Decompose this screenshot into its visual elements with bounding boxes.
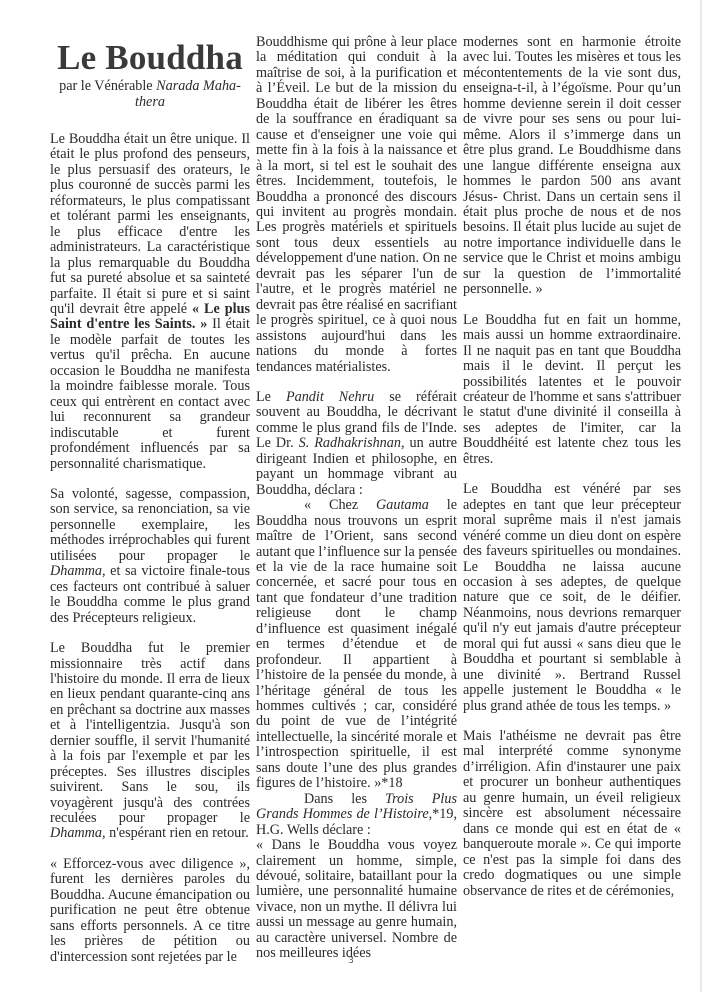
text-run: Le	[256, 389, 286, 405]
paragraph: Bouddhisme qui prône à leur place la méd…	[256, 35, 457, 375]
paragraph: Sa volonté, sagesse, compassion, son ser…	[50, 487, 250, 626]
column-2-body: Bouddhisme qui prône à leur place la méd…	[256, 35, 457, 962]
paragraph: Le Bouddha fut en fait un homme, mais au…	[463, 313, 681, 468]
document-page: Le Bouddha par le Vénérable Narada Maha-…	[0, 0, 702, 992]
paragraph: « Dans le Bouddha vous voyez clairement …	[256, 838, 457, 962]
text-run: Sa volonté, sagesse, compassion, son ser…	[50, 486, 250, 564]
text-run: « Efforcez-vous avec diligence », furent…	[50, 856, 250, 965]
italic-text: Dhamma	[50, 825, 102, 841]
paragraph: modernes sont en harmonie étroite avec l…	[463, 35, 681, 298]
italic-text: Dhamma	[50, 563, 102, 579]
column-2: Bouddhisme qui prône à leur place la méd…	[256, 35, 457, 962]
text-run: , n'espérant rien en retour.	[102, 825, 249, 841]
column-1-body: Le Bouddha était un être unique. Il étai…	[50, 132, 250, 965]
text-run: Il était le modèle parfait de toutes les…	[50, 316, 250, 471]
italic-text: Gautama	[376, 497, 429, 513]
text-run: le Bouddha nous trouvons un esprit maîtr…	[256, 497, 457, 791]
text-run: « Chez	[304, 497, 376, 513]
text-run: Mais l'athéisme ne devrait pas être mal …	[463, 728, 681, 899]
text-run: Le Bouddha fut en fait un homme, mais au…	[463, 312, 681, 467]
text-run: « Dans le Bouddha vous voyez clairement …	[256, 837, 457, 961]
article-title: Le Bouddha	[50, 38, 250, 78]
text-run: Bouddhisme qui prône à leur place la méd…	[256, 34, 457, 375]
text-run: Dans les	[304, 791, 385, 807]
column-3-body: modernes sont en harmonie étroite avec l…	[463, 35, 681, 899]
paragraph: Le Pandit Nehru se référait souvent au B…	[256, 390, 457, 498]
paragraph: Le Bouddha est vénéré par ses adeptes en…	[463, 482, 681, 714]
page-number: 3	[0, 954, 702, 969]
column-1: Le Bouddha par le Vénérable Narada Maha-…	[50, 36, 250, 980]
italic-text: S. Radhakrishnan	[299, 435, 401, 451]
text-run: Le Bouddha fut le premier missionnaire t…	[50, 640, 250, 826]
text-run: Le Bouddha est vénéré par ses adeptes en…	[463, 481, 681, 713]
paragraph: Le Bouddha était un être unique. Il étai…	[50, 132, 250, 472]
italic-text: Pandit Nehru	[286, 389, 374, 405]
byline-prefix: par le Vénérable	[59, 78, 156, 94]
paragraph: « Chez Gautama le Bouddha nous trouvons …	[256, 498, 457, 792]
paragraph: Le Bouddha fut le premier missionnaire t…	[50, 641, 250, 842]
paragraph: Dans les Trois Plus Grands Hommes de l’H…	[256, 792, 457, 838]
text-run: Le Bouddha était un être unique. Il étai…	[50, 131, 250, 317]
paragraph: Mais l'athéisme ne devrait pas être mal …	[463, 729, 681, 899]
paragraph: « Efforcez-vous avec diligence », furent…	[50, 857, 250, 965]
byline: par le Vénérable Narada Maha-thera	[50, 78, 250, 110]
column-3: modernes sont en harmonie étroite avec l…	[463, 35, 681, 914]
text-run: modernes sont en harmonie étroite avec l…	[463, 34, 681, 297]
